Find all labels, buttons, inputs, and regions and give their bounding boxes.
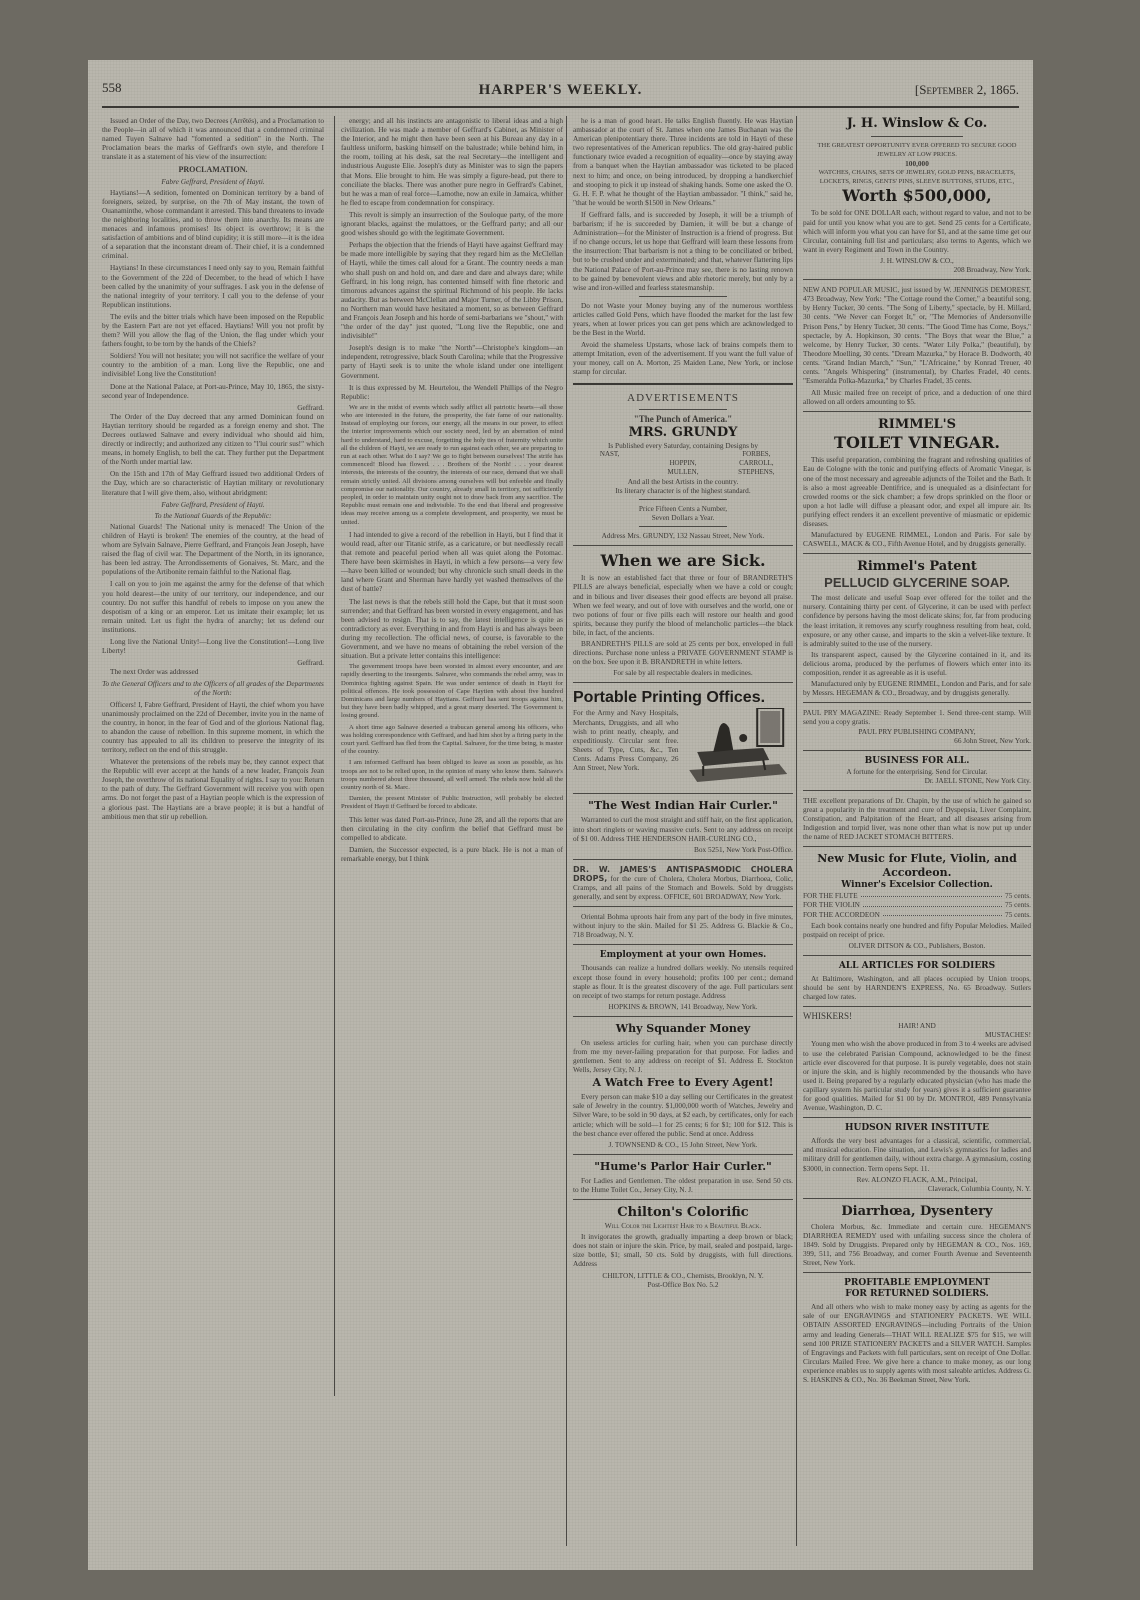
ad-printing-offices: Portable Printing Offices. For the Army … bbox=[573, 688, 793, 788]
ad-text: At Baltimore, Washington, and all places… bbox=[803, 974, 1031, 1001]
ad-hume-curler: "Hume's Parlor Hair Curler." For Ladies … bbox=[573, 1160, 793, 1194]
article-text: The evils and the bitter trials which ha… bbox=[102, 312, 324, 348]
divider bbox=[803, 1198, 1031, 1199]
ad-title: Chilton's Colorific bbox=[573, 1205, 793, 1221]
ad-address: Dr. JAELL STONE, New York City. bbox=[803, 776, 1031, 785]
ad-title: PELLUCID GLYCERINE SOAP. bbox=[803, 575, 1031, 591]
ad-text: WATCHES, CHAINS, SETS OF JEWELRY, GOLD P… bbox=[803, 168, 1031, 186]
ad-soldiers-articles: ALL ARTICLES FOR SOLDIERS At Baltimore, … bbox=[803, 961, 1031, 1001]
divider bbox=[573, 383, 793, 385]
paper-title: HARPER'S WEEKLY. bbox=[102, 82, 1019, 99]
advertisements-heading: ADVERTISEMENTS bbox=[573, 391, 793, 405]
gold-pens-ad: Avoid the shameless Upstarts, whose lack… bbox=[573, 340, 793, 376]
ad-text: Its transparent aspect, caused by the Gl… bbox=[803, 650, 1031, 677]
masthead: 558 HARPER'S WEEKLY. [September 2, 1865. bbox=[102, 80, 1019, 108]
ad-price: Price Fifteen Cents a Number, bbox=[573, 504, 793, 513]
artist-name: HOPPIN, bbox=[646, 459, 719, 468]
ad-title: When we are Sick. bbox=[573, 551, 793, 571]
ad-quantity: 100,000 bbox=[803, 159, 1031, 168]
grundy-tagline: "The Punch of America." bbox=[573, 414, 793, 425]
ad-text: Every person can make $10 a day selling … bbox=[573, 1092, 793, 1137]
article-text: Joseph's design is to make "the North"—C… bbox=[341, 343, 563, 379]
ad-new-music: NEW AND POPULAR MUSIC, just issued by W.… bbox=[803, 285, 1031, 406]
ad-title: MUSTACHES! bbox=[803, 1030, 1031, 1039]
price-row: FOR THE VIOLIN75 cents. bbox=[803, 900, 1031, 909]
ad-title: PROFITABLE EMPLOYMENT bbox=[803, 1278, 1031, 1289]
price-row: FOR THE ACCORDEON75 cents. bbox=[803, 910, 1031, 919]
article-quote: I am informed Geffrard has been obliged … bbox=[341, 759, 563, 792]
article-text: The Order of the Day decreed that any ar… bbox=[102, 412, 324, 467]
ad-employment: Employment at your own Homes. Thousands … bbox=[573, 950, 793, 1010]
ad-tagline: THE GREATEST OPPORTUNITY EVER OFFERED TO… bbox=[803, 141, 1031, 159]
article-quote: Damien, the present Minister of Public I… bbox=[341, 795, 563, 811]
ad-text: Cholera Morbus, &c. Immediate and certai… bbox=[803, 1222, 1031, 1267]
ad-text: This useful preparation, combining the f… bbox=[803, 455, 1031, 528]
divider bbox=[803, 1272, 1031, 1273]
divider bbox=[803, 790, 1031, 791]
ad-subtitle: FOR RETURNED SOLDIERS. bbox=[803, 1289, 1031, 1300]
divider bbox=[639, 409, 727, 410]
ad-text: Thousands can realize a hundred dollars … bbox=[573, 963, 793, 999]
price-value: 75 cents. bbox=[1005, 900, 1031, 909]
artist-name: MULLEN, bbox=[646, 468, 719, 477]
ad-address: Claverack, Columbia County, N. Y. bbox=[803, 1184, 1031, 1193]
ad-text: For Ladies and Gentlemen. The oldest pre… bbox=[573, 1176, 793, 1194]
divider bbox=[803, 1006, 1031, 1007]
divider bbox=[803, 553, 1031, 554]
divider bbox=[573, 793, 793, 794]
article-text: Whatever the pretensions of the rebels m… bbox=[102, 757, 324, 821]
article-text: Haytians! In these circumstances I need … bbox=[102, 263, 324, 308]
divider bbox=[639, 499, 727, 500]
ad-text: To be sold for ONE DOLLAR each, without … bbox=[803, 208, 1031, 253]
column-1: Issued an Order of the Day, two Decrees … bbox=[102, 116, 324, 1396]
divider bbox=[803, 750, 1031, 751]
ad-title: Employment at your own Homes. bbox=[573, 950, 793, 961]
ad-watch-free: A Watch Free to Every Agent! Every perso… bbox=[573, 1076, 793, 1149]
ad-text: Young men who wish the above produced in… bbox=[803, 1039, 1031, 1112]
ad-flute-music: New Music for Flute, Violin, and Accorde… bbox=[803, 852, 1031, 950]
divider bbox=[871, 136, 962, 137]
divider bbox=[573, 1199, 793, 1200]
ad-text: And all others who wish to make money ea… bbox=[803, 1302, 1031, 1384]
article-text: I had intended to give a record of the r… bbox=[341, 530, 563, 594]
ad-address: 208 Broadway, New York. bbox=[803, 265, 1031, 274]
artist-name: FORBES, bbox=[720, 450, 793, 459]
order-byline: Fabre Geffrard, President of Hayti. bbox=[102, 500, 324, 509]
ad-subtitle: Winner's Excelsior Collection. bbox=[803, 880, 1031, 891]
divider bbox=[573, 906, 793, 907]
ad-address: J. TOWNSEND & CO., 15 John Street, New Y… bbox=[573, 1140, 793, 1149]
ad-winslow: J. H. Winslow & Co. THE GREATEST OPPORTU… bbox=[803, 116, 1031, 274]
proclamation-byline: Fabre Geffrard, President of Hayti. bbox=[102, 177, 324, 186]
article-text: This revolt is simply an insurrection of… bbox=[341, 210, 563, 237]
ad-business-for-all: BUSINESS FOR ALL. A fortune for the ente… bbox=[803, 756, 1031, 785]
ad-text: Manufactured by EUGENE RIMMEL, London an… bbox=[803, 530, 1031, 548]
signature: Geffrard. bbox=[102, 658, 324, 667]
ad-hudson-river-institute: HUDSON RIVER INSTITUTE Affords the very … bbox=[803, 1123, 1031, 1193]
divider bbox=[803, 411, 1031, 412]
ad-stomach-bitters: THE excellent preparations of Dr. Chapin… bbox=[803, 796, 1031, 841]
ad-text: BRANDRETH'S PILLS are sold at 25 cents p… bbox=[573, 639, 793, 666]
article-text: It is thus expressed by M. Heurtelou, th… bbox=[341, 383, 563, 401]
ad-text: It is now an established fact that three… bbox=[573, 573, 793, 637]
price-value: 75 cents. bbox=[1005, 910, 1031, 919]
article-text: If Geffrard falls, and is succeeded by J… bbox=[573, 210, 793, 292]
price-label: FOR THE VIOLIN bbox=[803, 900, 860, 909]
artist-name: STEPHENS, bbox=[720, 468, 793, 477]
ad-text: Is Published every Saturday, containing … bbox=[573, 441, 793, 450]
article-quote: We are in the midst of events which sadl… bbox=[341, 404, 563, 527]
ad-text: For sale by all respectable dealers in m… bbox=[573, 668, 793, 677]
ad-text: Affords the very best advantages for a c… bbox=[803, 1136, 1031, 1172]
price-label: FOR THE FLUTE bbox=[803, 891, 858, 900]
ad-brandreth-pills: When we are Sick. It is now an establish… bbox=[573, 551, 793, 677]
newspaper-page: 558 HARPER'S WEEKLY. [September 2, 1865.… bbox=[88, 60, 1033, 1570]
ad-title: WHISKERS! bbox=[803, 1012, 1031, 1021]
proclamation-heading: PROCLAMATION. bbox=[102, 165, 324, 174]
article-text: energy; and all his instincts are antago… bbox=[341, 116, 563, 207]
ad-text: All Music mailed free on receipt of pric… bbox=[803, 388, 1031, 406]
column-4: J. H. Winslow & Co. THE GREATEST OPPORTU… bbox=[796, 116, 1031, 1546]
ad-title: New Music for Flute, Violin, and Accorde… bbox=[803, 852, 1031, 880]
price-label: FOR THE ACCORDEON bbox=[803, 910, 880, 919]
order-address: To the National Guards of the Republic: bbox=[102, 511, 324, 520]
divider bbox=[573, 859, 793, 860]
ad-diarrhoea: Diarrhœa, Dysentery Cholera Morbus, &c. … bbox=[803, 1204, 1031, 1267]
next-address: To the General Officers and to the Offic… bbox=[102, 679, 324, 697]
article-text: This letter was dated Port-au-Prince, Ju… bbox=[341, 815, 563, 842]
ad-subtitle: Will Color the Lightest Hair to a Beauti… bbox=[573, 1221, 793, 1230]
ad-title: Diarrhœa, Dysentery bbox=[803, 1204, 1031, 1220]
column-2: energy; and all his instincts are antago… bbox=[334, 116, 563, 1396]
ad-title: A Watch Free to Every Agent! bbox=[573, 1076, 793, 1090]
divider bbox=[803, 279, 1031, 280]
ad-price: Seven Dollars a Year. bbox=[573, 513, 793, 522]
ad-address: HOPKINS & BROWN, 141 Broadway, New York. bbox=[573, 1002, 793, 1011]
ad-depilatory: Oriental Bohma uproots hair from any par… bbox=[573, 912, 793, 939]
divider bbox=[639, 296, 727, 297]
ad-chilton-colorific: Chilton's Colorific Will Color the Light… bbox=[573, 1205, 793, 1289]
artist-list: NAST,FORBES, HOPPIN,CARROLL, MULLEN,STEP… bbox=[573, 450, 793, 477]
ad-paul-pry: PAUL PRY MAGAZINE: Ready September 1. Se… bbox=[803, 708, 1031, 744]
ad-glycerine-soap: Rimmel's Patent PELLUCID GLYCERINE SOAP.… bbox=[803, 559, 1031, 697]
divider bbox=[573, 944, 793, 945]
gold-pens-ad: Do not Waste your Money buying any of th… bbox=[573, 301, 793, 337]
ad-text: Its literary character is of the highest… bbox=[573, 486, 793, 495]
ad-text: It invigorates the growth, gradually imp… bbox=[573, 1232, 793, 1268]
signature: Geffrard. bbox=[102, 403, 324, 412]
divider bbox=[573, 1154, 793, 1155]
ad-text: NEW AND POPULAR MUSIC, just issued by W.… bbox=[803, 285, 1031, 385]
ad-title: ALL ARTICLES FOR SOLDIERS bbox=[803, 961, 1031, 972]
ad-address: Box 5251, New York Post-Office. bbox=[573, 845, 793, 854]
artist-name: CARROLL, bbox=[720, 459, 793, 468]
ad-company: PAUL PRY PUBLISHING COMPANY, bbox=[803, 727, 1031, 736]
ad-address: Post-Office Box No. 5.2 bbox=[573, 1280, 793, 1289]
divider bbox=[803, 1117, 1031, 1118]
article-text: Perhaps the objection that the friends o… bbox=[341, 240, 563, 340]
divider bbox=[803, 955, 1031, 956]
issue-date: [September 2, 1865. bbox=[915, 82, 1019, 98]
ad-address: OLIVER DITSON & CO., Publishers, Boston. bbox=[803, 941, 1031, 950]
ad-text: Manufactured only by EUGENE RIMMEL, Lond… bbox=[803, 679, 1031, 697]
article-quote: A short time ago Salnave deserted a trab… bbox=[341, 724, 563, 757]
ad-text: The most delicate and useful Soap ever o… bbox=[803, 593, 1031, 648]
article-text: Issued an Order of the Day, two Decrees … bbox=[102, 116, 324, 161]
ad-toilet-vinegar: RIMMEL'S TOILET VINEGAR. This useful pre… bbox=[803, 417, 1031, 548]
article-text: Haytians!—A sedition, fomented on Domini… bbox=[102, 188, 324, 261]
divider bbox=[803, 846, 1031, 847]
article-text: The next Order was addressed bbox=[102, 667, 324, 676]
divider bbox=[573, 1016, 793, 1017]
ad-text: Each book contains nearly one hundred an… bbox=[803, 921, 1031, 939]
ad-whiskers: WHISKERS! HAIR! AND MUSTACHES! Young men… bbox=[803, 1012, 1031, 1112]
ad-title: "The West Indian Hair Curler." bbox=[573, 799, 793, 813]
ad-title: "Hume's Parlor Hair Curler." bbox=[573, 1160, 793, 1174]
price-value: 75 cents. bbox=[1005, 891, 1031, 900]
ad-title: Rimmel's Patent bbox=[803, 559, 1031, 575]
price-row: FOR THE FLUTE75 cents. bbox=[803, 891, 1031, 900]
ad-text: PAUL PRY MAGAZINE: Ready September 1. Se… bbox=[803, 708, 1031, 726]
article-text: I call on you to join me against the arm… bbox=[102, 579, 324, 634]
ad-title: TOILET VINEGAR. bbox=[803, 433, 1031, 453]
ad-address: 66 John Street, New York. bbox=[803, 736, 1031, 745]
ad-text: Warranted to curl the most straight and … bbox=[573, 815, 793, 842]
column-3: he is a man of good heart. He talks Engl… bbox=[566, 116, 793, 1546]
divider bbox=[803, 702, 1031, 703]
article-text: Damien, the Successor expected, is a pur… bbox=[341, 845, 563, 863]
ad-title: HAIR! AND bbox=[803, 1021, 1031, 1030]
article-text: Soldiers! You will not hesitate; you wil… bbox=[102, 351, 324, 378]
ad-title: BUSINESS FOR ALL. bbox=[803, 756, 1031, 767]
article-quote: The government troops have been worsted … bbox=[341, 663, 563, 720]
ad-profitable-employment: PROFITABLE EMPLOYMENT FOR RETURNED SOLDI… bbox=[803, 1278, 1031, 1384]
ad-address: CHILTON, LITTLE & CO., Chemists, Brookly… bbox=[573, 1271, 793, 1280]
ad-text: And all the best Artists in the country. bbox=[573, 477, 793, 486]
ad-title: Why Squander Money bbox=[573, 1022, 793, 1036]
ad-title: J. H. Winslow & Co. bbox=[803, 116, 1031, 132]
ad-title: Portable Printing Offices. bbox=[573, 688, 793, 708]
article-text: Long live the National Unity!—Long live … bbox=[102, 637, 324, 655]
grundy-title: MRS. GRUNDY bbox=[573, 425, 793, 441]
ad-hair-curler: "The West Indian Hair Curler." Warranted… bbox=[573, 799, 793, 853]
printing-press-illustration bbox=[683, 708, 793, 788]
ad-title: HUDSON RIVER INSTITUTE bbox=[803, 1123, 1031, 1134]
divider bbox=[573, 682, 793, 683]
ad-address: Address Mrs. GRUNDY, 132 Nassau Street, … bbox=[573, 531, 793, 540]
ad-cholera-drops: DR. W. JAMES'S ANTISPASMODIC CHOLERA DRO… bbox=[573, 865, 793, 901]
ad-mrs-grundy: "The Punch of America." MRS. GRUNDY Is P… bbox=[573, 414, 793, 541]
ad-text: For the Army and Navy Hospitals, Merchan… bbox=[573, 708, 679, 788]
ad-signature: Rev. ALONZO FLACK, A.M., Principal, bbox=[803, 1175, 1031, 1184]
ad-squander-money: Why Squander Money On useless articles f… bbox=[573, 1022, 793, 1074]
ad-signature: J. H. WINSLOW & CO., bbox=[803, 256, 1031, 265]
divider bbox=[573, 545, 793, 546]
article-text: Officers! I, Fabre Geffrard, President o… bbox=[102, 700, 324, 755]
ad-text: On useless articles for curling hair, wh… bbox=[573, 1038, 793, 1074]
ad-worth: Worth $500,000, bbox=[803, 186, 1031, 206]
article-text: Done at the National Palace, at Port-au-… bbox=[102, 382, 324, 400]
article-text: National Guards! The National unity is m… bbox=[102, 522, 324, 577]
article-text: On the 15th and 17th of May Geffrard iss… bbox=[102, 469, 324, 496]
article-text: The last news is that the rebels still h… bbox=[341, 597, 563, 661]
ad-text: A fortune for the enterprising. Send for… bbox=[803, 767, 1031, 776]
artist-name: NAST, bbox=[573, 450, 646, 459]
divider bbox=[639, 526, 727, 527]
article-text: he is a man of good heart. He talks Engl… bbox=[573, 116, 793, 207]
ad-title: RIMMEL'S bbox=[803, 417, 1031, 433]
